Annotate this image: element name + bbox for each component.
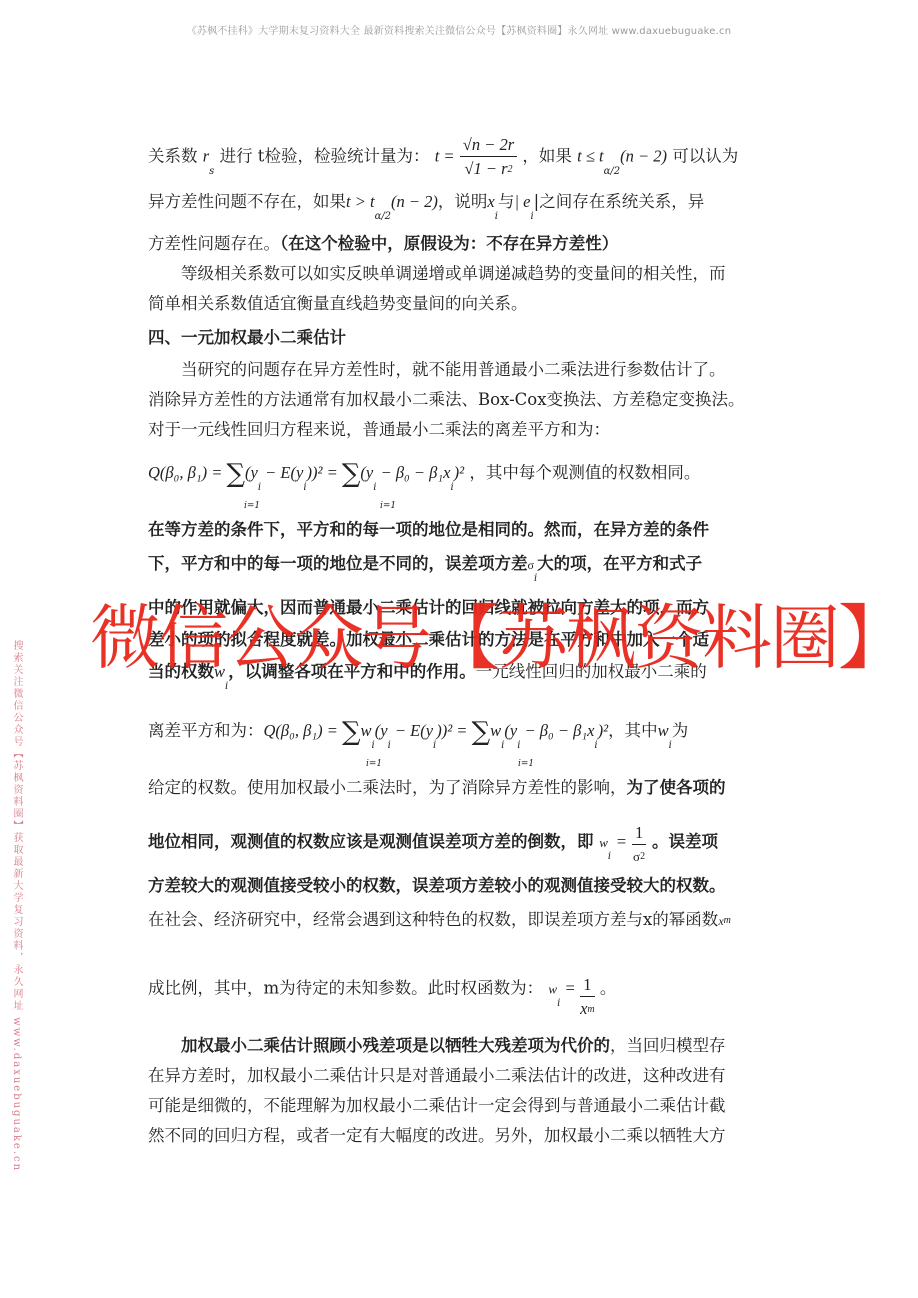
math-expr: ))² = xyxy=(307,463,342,482)
bold-text: 加权最小二乘估计照顾小残差项是以牺牲大残差项为代价的 xyxy=(181,1036,610,1055)
math-expr: − E(y xyxy=(261,463,303,482)
math-expr: )² xyxy=(454,463,464,482)
text-line: 对于一元线性回归方程来说，普通最小二乘法的离差平方和为： xyxy=(148,420,610,440)
weight-function-fraction: 1 xm xyxy=(580,974,595,1024)
text-span: 异方差性问题不存在，如果 xyxy=(148,192,346,211)
math-expr: (y xyxy=(245,463,258,482)
sum-index: i=1 xyxy=(366,754,382,774)
text-span: 与 xyxy=(498,192,515,211)
math-expr: (y xyxy=(360,463,373,482)
text-line: 在社会、经济研究中，经常会遇到这种特色的权数，即误差项方差与x的幂函数xm xyxy=(148,910,731,933)
math-var: w xyxy=(658,721,669,740)
math-var: r xyxy=(203,147,209,166)
math-expr: = xyxy=(617,832,626,851)
math-var: x xyxy=(718,914,723,928)
side-watermark: 搜索关注微信公众号【苏枫资料圈】获取最新大学复习资料，永久网址 www.daxu… xyxy=(10,640,24,1172)
math-expr: )² xyxy=(598,721,608,740)
math-var: σ xyxy=(528,558,534,572)
math-expr: t = xyxy=(435,147,455,166)
fraction-numerator: 1 xyxy=(632,822,646,845)
math-expr: (y xyxy=(375,721,388,740)
text-span: 在社会、经济研究中，经常会遇到这种特色的权数，即误差项方差与x的幂函数 xyxy=(148,910,718,929)
bold-text: 。误差项 xyxy=(652,832,718,851)
sum-symbol: ∑ xyxy=(342,459,361,489)
bold-text: 为了使各项的 xyxy=(627,778,726,797)
math-expr: t > t xyxy=(346,192,375,211)
text-span: 关系数 xyxy=(148,147,198,166)
text-line: 关系数 rs 进行 t检验，检验统计量为： t = √n − 2r √1 − r… xyxy=(148,132,738,182)
text-line: 方差较大的观测值接受较小的权数，误差项方差较小的观测值接受较大的权数。 xyxy=(148,876,726,896)
fraction-numerator: 1 xyxy=(580,974,595,997)
text-span: 离差平方和为： xyxy=(148,721,264,740)
page-header-banner: 《苏枫不挂科》大学期末复习资料大全 最新资料搜索关注微信公众号【苏枫资料圈】永久… xyxy=(0,22,918,37)
text-line: 下，平方和中的每一项的地位是不同的，误差项方差σi大的项，在平方和式子 xyxy=(148,554,702,577)
text-span: 给定的权数。使用加权最小二乘法时，为了消除异方差性的影响， xyxy=(148,778,627,797)
math-sub: i xyxy=(530,211,533,222)
text-line: 在等方差的条件下，平方和的每一项的地位是相同的。然而，在异方差的条件 xyxy=(148,520,709,540)
math-var: w xyxy=(548,982,557,997)
math-var: | e xyxy=(514,192,530,211)
math-expr: ))² = xyxy=(436,721,471,740)
text-span: 可以认为 xyxy=(672,147,738,166)
text-span: ，其中 xyxy=(608,721,658,740)
fraction-numerator: √n − 2r xyxy=(460,134,517,157)
math-expr: (n − 2) xyxy=(391,192,438,211)
overlay-watermark: 微信公众号【苏枫资料圈】 xyxy=(90,598,820,678)
text-span: 方差性问题存在。 xyxy=(148,234,280,253)
text-line: 地位相同，观测值的权数应该是观测值误差项方差的倒数，即 wi = 1 σ2 。误… xyxy=(148,818,718,867)
math-expr: − β₀ − β₁x xyxy=(376,463,450,482)
text-span: 为 xyxy=(672,721,689,740)
text-line: 简单相关系数值适宜衡量直线趋势变量间的向关系。 xyxy=(148,294,528,314)
math-expr: (n − 2) xyxy=(620,147,667,166)
math-expr: − β₀ − β₁x xyxy=(520,721,594,740)
text-line: 在异方差时，加权最小二乘估计只是对普通最小二乘法估计的改进，这种改进有 xyxy=(148,1066,726,1086)
math-expr: = xyxy=(566,979,575,998)
text-span: |之间存在系统关系，异 xyxy=(534,192,705,211)
text-span: 成比例，其中，m为待定的未知参数。此时权函数为： xyxy=(148,979,543,998)
bold-text: （在这个检验中，原假设为：不存在异方差性） xyxy=(280,234,618,253)
weight-fraction: 1 σ2 xyxy=(632,822,646,871)
math-var: w xyxy=(599,835,608,850)
math-expr: t ≤ t xyxy=(577,147,603,166)
bold-text: 地位相同，观测值的权数应该是观测值误差项方差的倒数，即 xyxy=(148,832,594,851)
sum-symbol: ∑ xyxy=(472,717,491,747)
math-sub: s xyxy=(209,166,214,177)
sum-index: i=1 xyxy=(518,754,534,774)
t-statistic-fraction: √n − 2r √1 − r2 xyxy=(460,134,517,184)
math-expr: Q(β₀, β₁) = xyxy=(264,721,342,740)
fraction-denominator: √1 − r2 xyxy=(460,157,517,184)
math-var: w xyxy=(361,721,372,740)
text-span: ，其中每个观测值的权数相同。 xyxy=(469,463,700,482)
text-span: ，当回归模型存 xyxy=(610,1036,726,1055)
math-sub: α/2 xyxy=(375,211,391,222)
math-expr: − E(y xyxy=(391,721,433,740)
fraction-denominator: xm xyxy=(580,997,595,1024)
text-line: 方差性问题存在。（在这个检验中，原假设为：不存在异方差性） xyxy=(148,234,618,254)
text-span: ，如果 xyxy=(522,147,572,166)
sum-symbol: ∑ xyxy=(226,459,245,489)
text-line: 消除异方差性的方法通常有加权最小二乘法、Box-Cox变换法、方差稳定变换法。 xyxy=(148,390,745,410)
sum-symbol: ∑ xyxy=(342,717,361,747)
sum-index: i=1 xyxy=(380,496,396,516)
math-var: x xyxy=(487,192,494,211)
section-heading: 四、一元加权最小二乘估计 xyxy=(148,328,346,348)
math-expr: (y xyxy=(504,721,517,740)
text-line: 可能是细微的，不能理解为加权最小二乘估计一定会得到与普通最小二乘估计截 xyxy=(148,1096,726,1116)
wls-equation: 离差平方和为：Q(β₀, β₁) = ∑i=1wi(yi − E(yi))² =… xyxy=(148,718,688,744)
text-line: 成比例，其中，m为待定的未知参数。此时权函数为： wi = 1 xm 。 xyxy=(148,964,616,1014)
fraction-denominator: σ2 xyxy=(632,845,646,871)
text-span: 大的项，在平方和式子 xyxy=(537,554,702,573)
math-var: w xyxy=(490,721,501,740)
text-span: ，说明 xyxy=(438,192,488,211)
math-expr: Q(β₀, β₁) = xyxy=(148,463,226,482)
text-line: 当研究的问题存在异方差性时，就不能用普通最小二乘法进行参数估计了。 xyxy=(148,360,726,380)
text-span: 。 xyxy=(600,979,617,998)
text-span: 进行 t检验，检验统计量为： xyxy=(220,147,430,166)
ols-equation: Q(β₀, β₁) = ∑i=1(yi − E(yi))² = ∑i=1(yi … xyxy=(148,460,700,486)
text-line: 等级相关系数可以如实反映单调递增或单调递减趋势的变量间的相关性，而 xyxy=(148,264,726,284)
text-line: 加权最小二乘估计照顾小残差项是以牺牲大残差项为代价的，当回归模型存 xyxy=(148,1036,726,1056)
text-span: 下，平方和中的每一项的地位是不同的，误差项方差 xyxy=(148,554,528,573)
sum-index: i=1 xyxy=(244,496,260,516)
math-sub: i xyxy=(495,211,498,222)
text-line: 给定的权数。使用加权最小二乘法时，为了消除异方差性的影响，为了使各项的 xyxy=(148,778,726,798)
math-sub: α/2 xyxy=(604,166,620,177)
math-sup: m xyxy=(724,915,731,926)
text-line: 然不同的回归方程，或者一定有大幅度的改进。另外，加权最小二乘以牺牲大方 xyxy=(148,1126,726,1146)
text-line: 异方差性问题不存在，如果t > tα/2(n − 2)，说明xi与| ei|之间… xyxy=(148,192,704,215)
